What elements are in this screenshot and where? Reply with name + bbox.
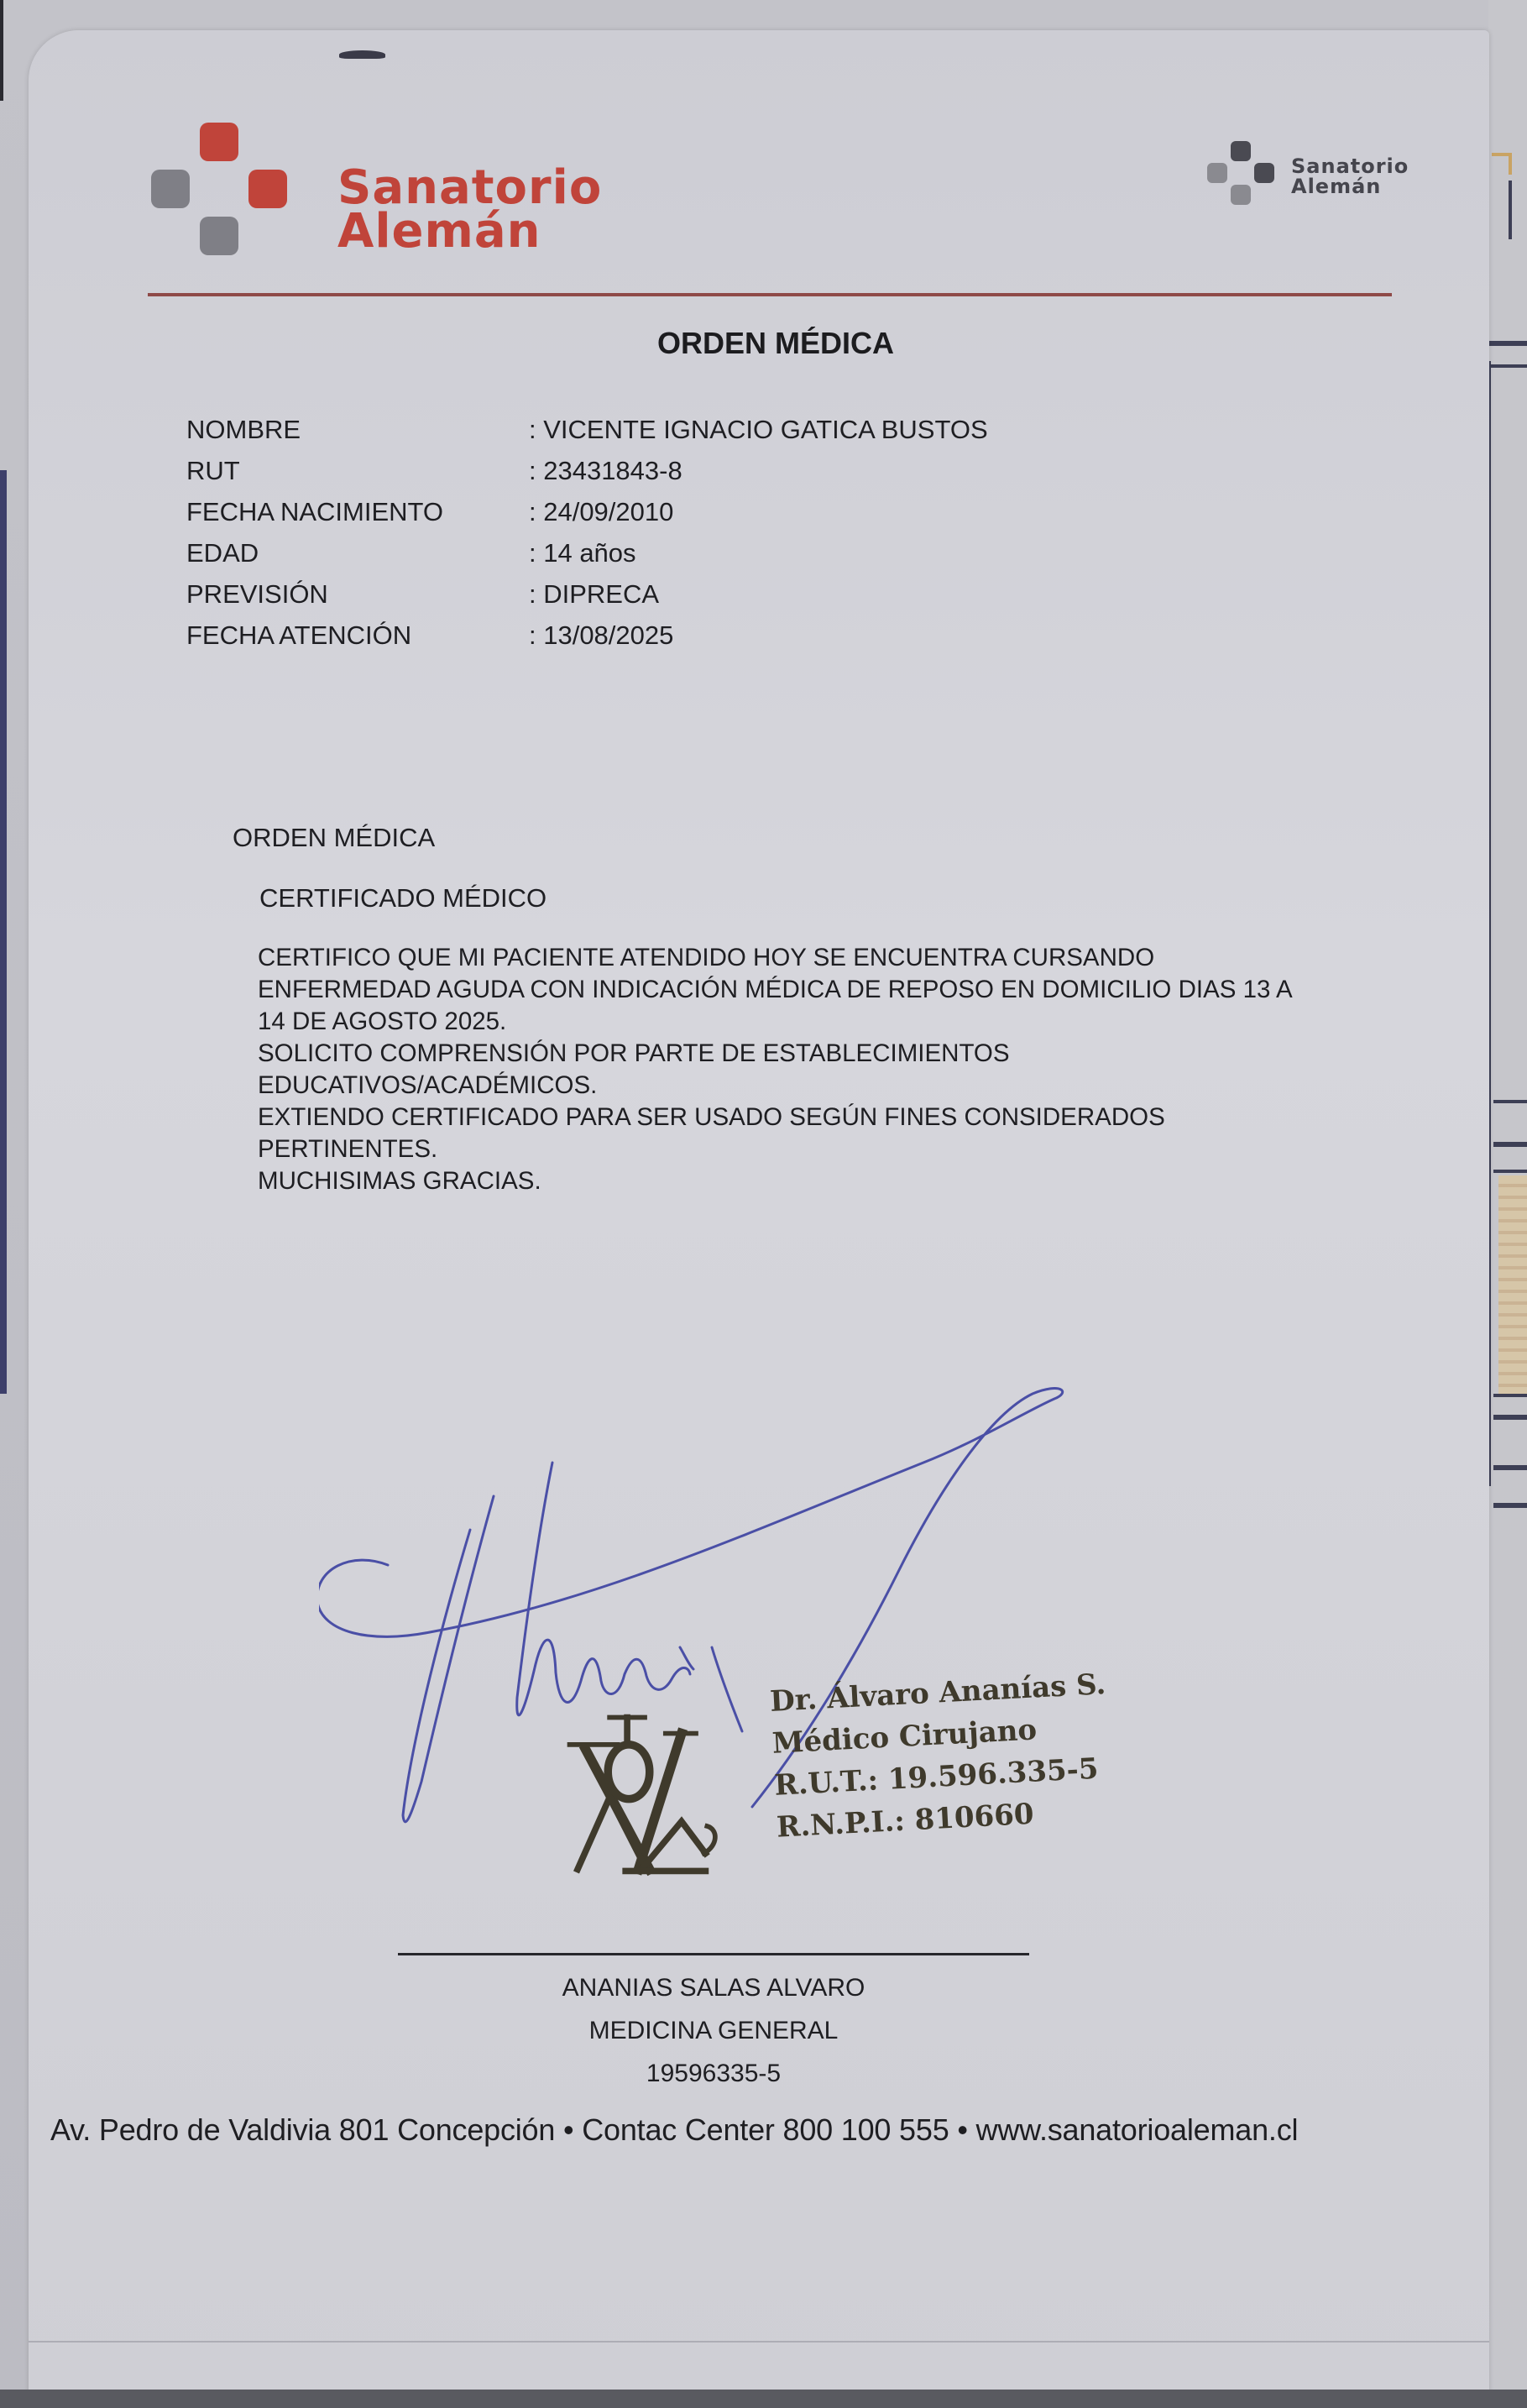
decorative-border-gold xyxy=(1492,153,1512,175)
certificate-line: ENFERMEDAD AGUDA CON INDICACIÓN MÉDICA D… xyxy=(258,974,1450,1006)
decorative-border-bar xyxy=(1493,1394,1527,1397)
decorative-border-bar xyxy=(1493,1503,1527,1508)
decorative-border-bar xyxy=(1493,1465,1527,1470)
table-surface xyxy=(0,2390,1527,2408)
certificate-line: PERTINENTES. xyxy=(258,1133,1450,1165)
body-heading: ORDEN MÉDICA xyxy=(233,823,435,853)
certificate-line: 14 DE AGOSTO 2025. xyxy=(258,1006,1450,1038)
field-value: : 23431843-8 xyxy=(529,456,682,486)
decorative-border-bar xyxy=(1493,1170,1527,1173)
field-value: : VICENTE IGNACIO GATICA BUSTOS xyxy=(529,415,988,445)
signature-line xyxy=(398,1953,1029,1955)
logo-small-line-1: Sanatorio xyxy=(1291,156,1409,176)
logo-square-light xyxy=(1207,163,1227,183)
certificate-line: EXTIENDO CERTIFICADO PARA SER USADO SEGÚ… xyxy=(258,1102,1450,1133)
certificate-line: MUCHISIMAS GRACIAS. xyxy=(258,1165,1450,1197)
decorative-border-bar xyxy=(1493,1415,1527,1420)
decorative-border-bar xyxy=(1493,1100,1527,1103)
decorative-border-bar xyxy=(1488,364,1527,368)
field-label: PREVISIÓN xyxy=(186,579,328,610)
decorative-border-bar xyxy=(0,0,3,101)
logo-small-line-2: Alemán xyxy=(1291,176,1409,196)
logo-square-red xyxy=(248,170,287,208)
logo-square-dark xyxy=(1231,141,1251,161)
logo-square-gray xyxy=(151,170,190,208)
medical-order-document: Sanatorio Alemán Sanatorio Alemán ORDEN … xyxy=(29,30,1489,2398)
logo-wordmark: Sanatorio Alemán xyxy=(337,166,602,254)
logo-square-red xyxy=(200,123,238,161)
logo-line-2: Alemán xyxy=(337,210,602,254)
certificate-body: CERTIFICO QUE MI PACIENTE ATENDIDO HOY S… xyxy=(258,942,1450,1197)
logo-square-dark xyxy=(1254,163,1274,183)
signature-block: ANANIAS SALAS ALVARO MEDICINA GENERAL 19… xyxy=(398,1966,1029,2095)
doctor-rut: 19596335-5 xyxy=(398,2052,1029,2095)
decorative-border-bar xyxy=(1509,181,1512,239)
field-label: NOMBRE xyxy=(186,415,301,445)
field-value: : 14 años xyxy=(529,538,636,568)
decorative-border-bar xyxy=(1488,341,1527,346)
logo-square-gray xyxy=(200,217,238,255)
decorative-border-bar xyxy=(0,470,7,1394)
doctor-name: ANANIAS SALAS ALVARO xyxy=(398,1966,1029,2009)
footer-contact: Av. Pedro de Valdivia 801 Concepción • C… xyxy=(50,2112,1298,2148)
field-label: FECHA ATENCIÓN xyxy=(186,620,411,651)
certificate-line: EDUCATIVOS/ACADÉMICOS. xyxy=(258,1070,1450,1102)
clip-icon xyxy=(339,50,385,59)
certificate-title: CERTIFICADO MÉDICO xyxy=(259,883,546,913)
stamp-monogram xyxy=(557,1709,734,1877)
stamp-text: Dr. Álvaro Ananías S. Médico Cirujano R.… xyxy=(769,1663,1113,1849)
logo-square-light xyxy=(1231,185,1251,205)
field-label: FECHA NACIMIENTO xyxy=(186,497,443,527)
doctor-specialty: MEDICINA GENERAL xyxy=(398,2009,1029,2052)
field-value: : 13/08/2025 xyxy=(529,620,673,651)
header-divider xyxy=(148,293,1392,296)
document-title: ORDEN MÉDICA xyxy=(29,326,1489,361)
field-label: EDAD xyxy=(186,538,259,568)
field-value: : 24/09/2010 xyxy=(529,497,673,527)
certificate-line: SOLICITO COMPRENSIÓN POR PARTE DE ESTABL… xyxy=(258,1038,1450,1070)
decorative-border-bar xyxy=(1493,1142,1527,1147)
logo-wordmark-small: Sanatorio Alemán xyxy=(1291,156,1409,196)
decorative-border-pattern xyxy=(1498,1175,1527,1394)
paper-fold xyxy=(29,2341,1489,2343)
field-label: RUT xyxy=(186,456,240,486)
certificate-line: CERTIFICO QUE MI PACIENTE ATENDIDO HOY S… xyxy=(258,942,1450,974)
field-value: : DIPRECA xyxy=(529,579,659,610)
